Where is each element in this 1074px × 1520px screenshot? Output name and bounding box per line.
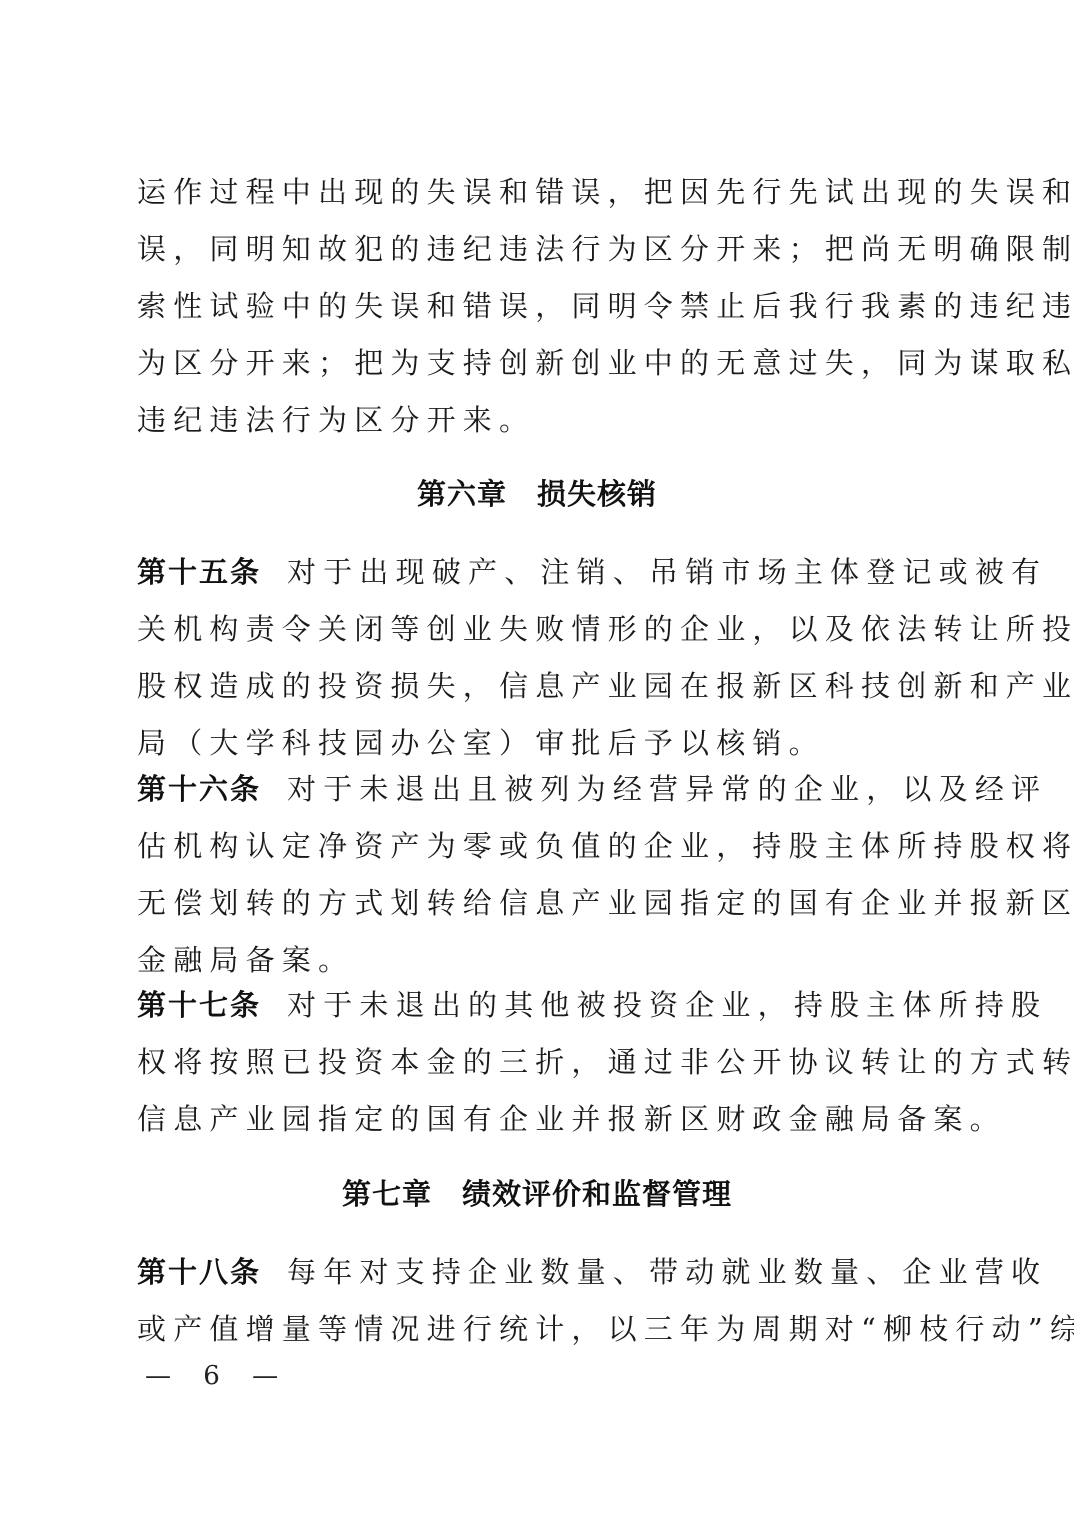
article-label: 第十六条 bbox=[137, 772, 261, 806]
chapter-title: 损失核销 bbox=[537, 477, 657, 511]
body-text-line: 或产值增量等情况进行统计，以三年为周期对“柳枝行动”综合 bbox=[137, 1309, 939, 1349]
body-text-line: 违纪违法行为区分开来。 bbox=[137, 400, 939, 440]
article-first-line: 第十五条对于出现破产、注销、吊销市场主体登记或被有 bbox=[80, 552, 940, 592]
chapter-heading: 第六章损失核销 bbox=[0, 474, 1074, 514]
article-first-line: 第十八条每年对支持企业数量、带动就业数量、企业营收 bbox=[80, 1252, 940, 1292]
chapter-number: 第六章 bbox=[417, 477, 507, 511]
body-text-line: 误，同明知故犯的违纪违法行为区分开来；把尚无明确限制的探 bbox=[137, 229, 939, 269]
chapter-heading: 第七章绩效评价和监督管理 bbox=[0, 1174, 1074, 1214]
body-text-line: 局（大学科技园办公室）审批后予以核销。 bbox=[137, 723, 939, 763]
article-first-line: 第十六条对于未退出且被列为经营异常的企业，以及经评 bbox=[80, 769, 940, 809]
body-text-line: 关机构责令关闭等创业失败情形的企业，以及依法转让所投企业 bbox=[137, 609, 939, 649]
article-label: 第十七条 bbox=[137, 988, 261, 1022]
chapter-title: 绩效评价和监督管理 bbox=[462, 1177, 732, 1211]
article-text: 对于出现破产、注销、吊销市场主体登记或被有 bbox=[287, 555, 1047, 589]
article-text: 对于未退出且被列为经营异常的企业，以及经评 bbox=[287, 772, 1047, 806]
article-text: 每年对支持企业数量、带动就业数量、企业营收 bbox=[287, 1255, 1047, 1289]
article-label: 第十八条 bbox=[137, 1255, 261, 1289]
chapter-number: 第七章 bbox=[342, 1177, 432, 1211]
body-text-line: 权将按照已投资本金的三折，通过非公开协议转让的方式转让给 bbox=[137, 1042, 939, 1082]
body-text-line: 无偿划转的方式划转给信息产业园指定的国有企业并报新区财政 bbox=[137, 883, 939, 923]
body-text-line: 为区分开来；把为支持创新创业中的无意过失，同为谋取私利的 bbox=[137, 343, 939, 383]
article-first-line: 第十七条对于未退出的其他被投资企业，持股主体所持股 bbox=[80, 985, 940, 1025]
page-number: — 6 — bbox=[145, 1358, 290, 1394]
body-text-line: 信息产业园指定的国有企业并报新区财政金融局备案。 bbox=[137, 1099, 939, 1139]
article-label: 第十五条 bbox=[137, 555, 261, 589]
body-text-line: 索性试验中的失误和错误，同明令禁止后我行我素的违纪违法行 bbox=[137, 286, 939, 326]
body-text-line: 股权造成的投资损失，信息产业园在报新区科技创新和产业促进 bbox=[137, 666, 939, 706]
body-text-line: 运作过程中出现的失误和错误，把因先行先试出现的失误和错 bbox=[137, 172, 939, 212]
document-page: 运作过程中出现的失误和错误，把因先行先试出现的失误和错 误，同明知故犯的违纪违法… bbox=[0, 0, 1074, 1520]
body-text-line: 估机构认定净资产为零或负值的企业，持股主体所持股权将按照 bbox=[137, 826, 939, 866]
article-text: 对于未退出的其他被投资企业，持股主体所持股 bbox=[287, 988, 1047, 1022]
body-text-line: 金融局备案。 bbox=[137, 940, 939, 980]
